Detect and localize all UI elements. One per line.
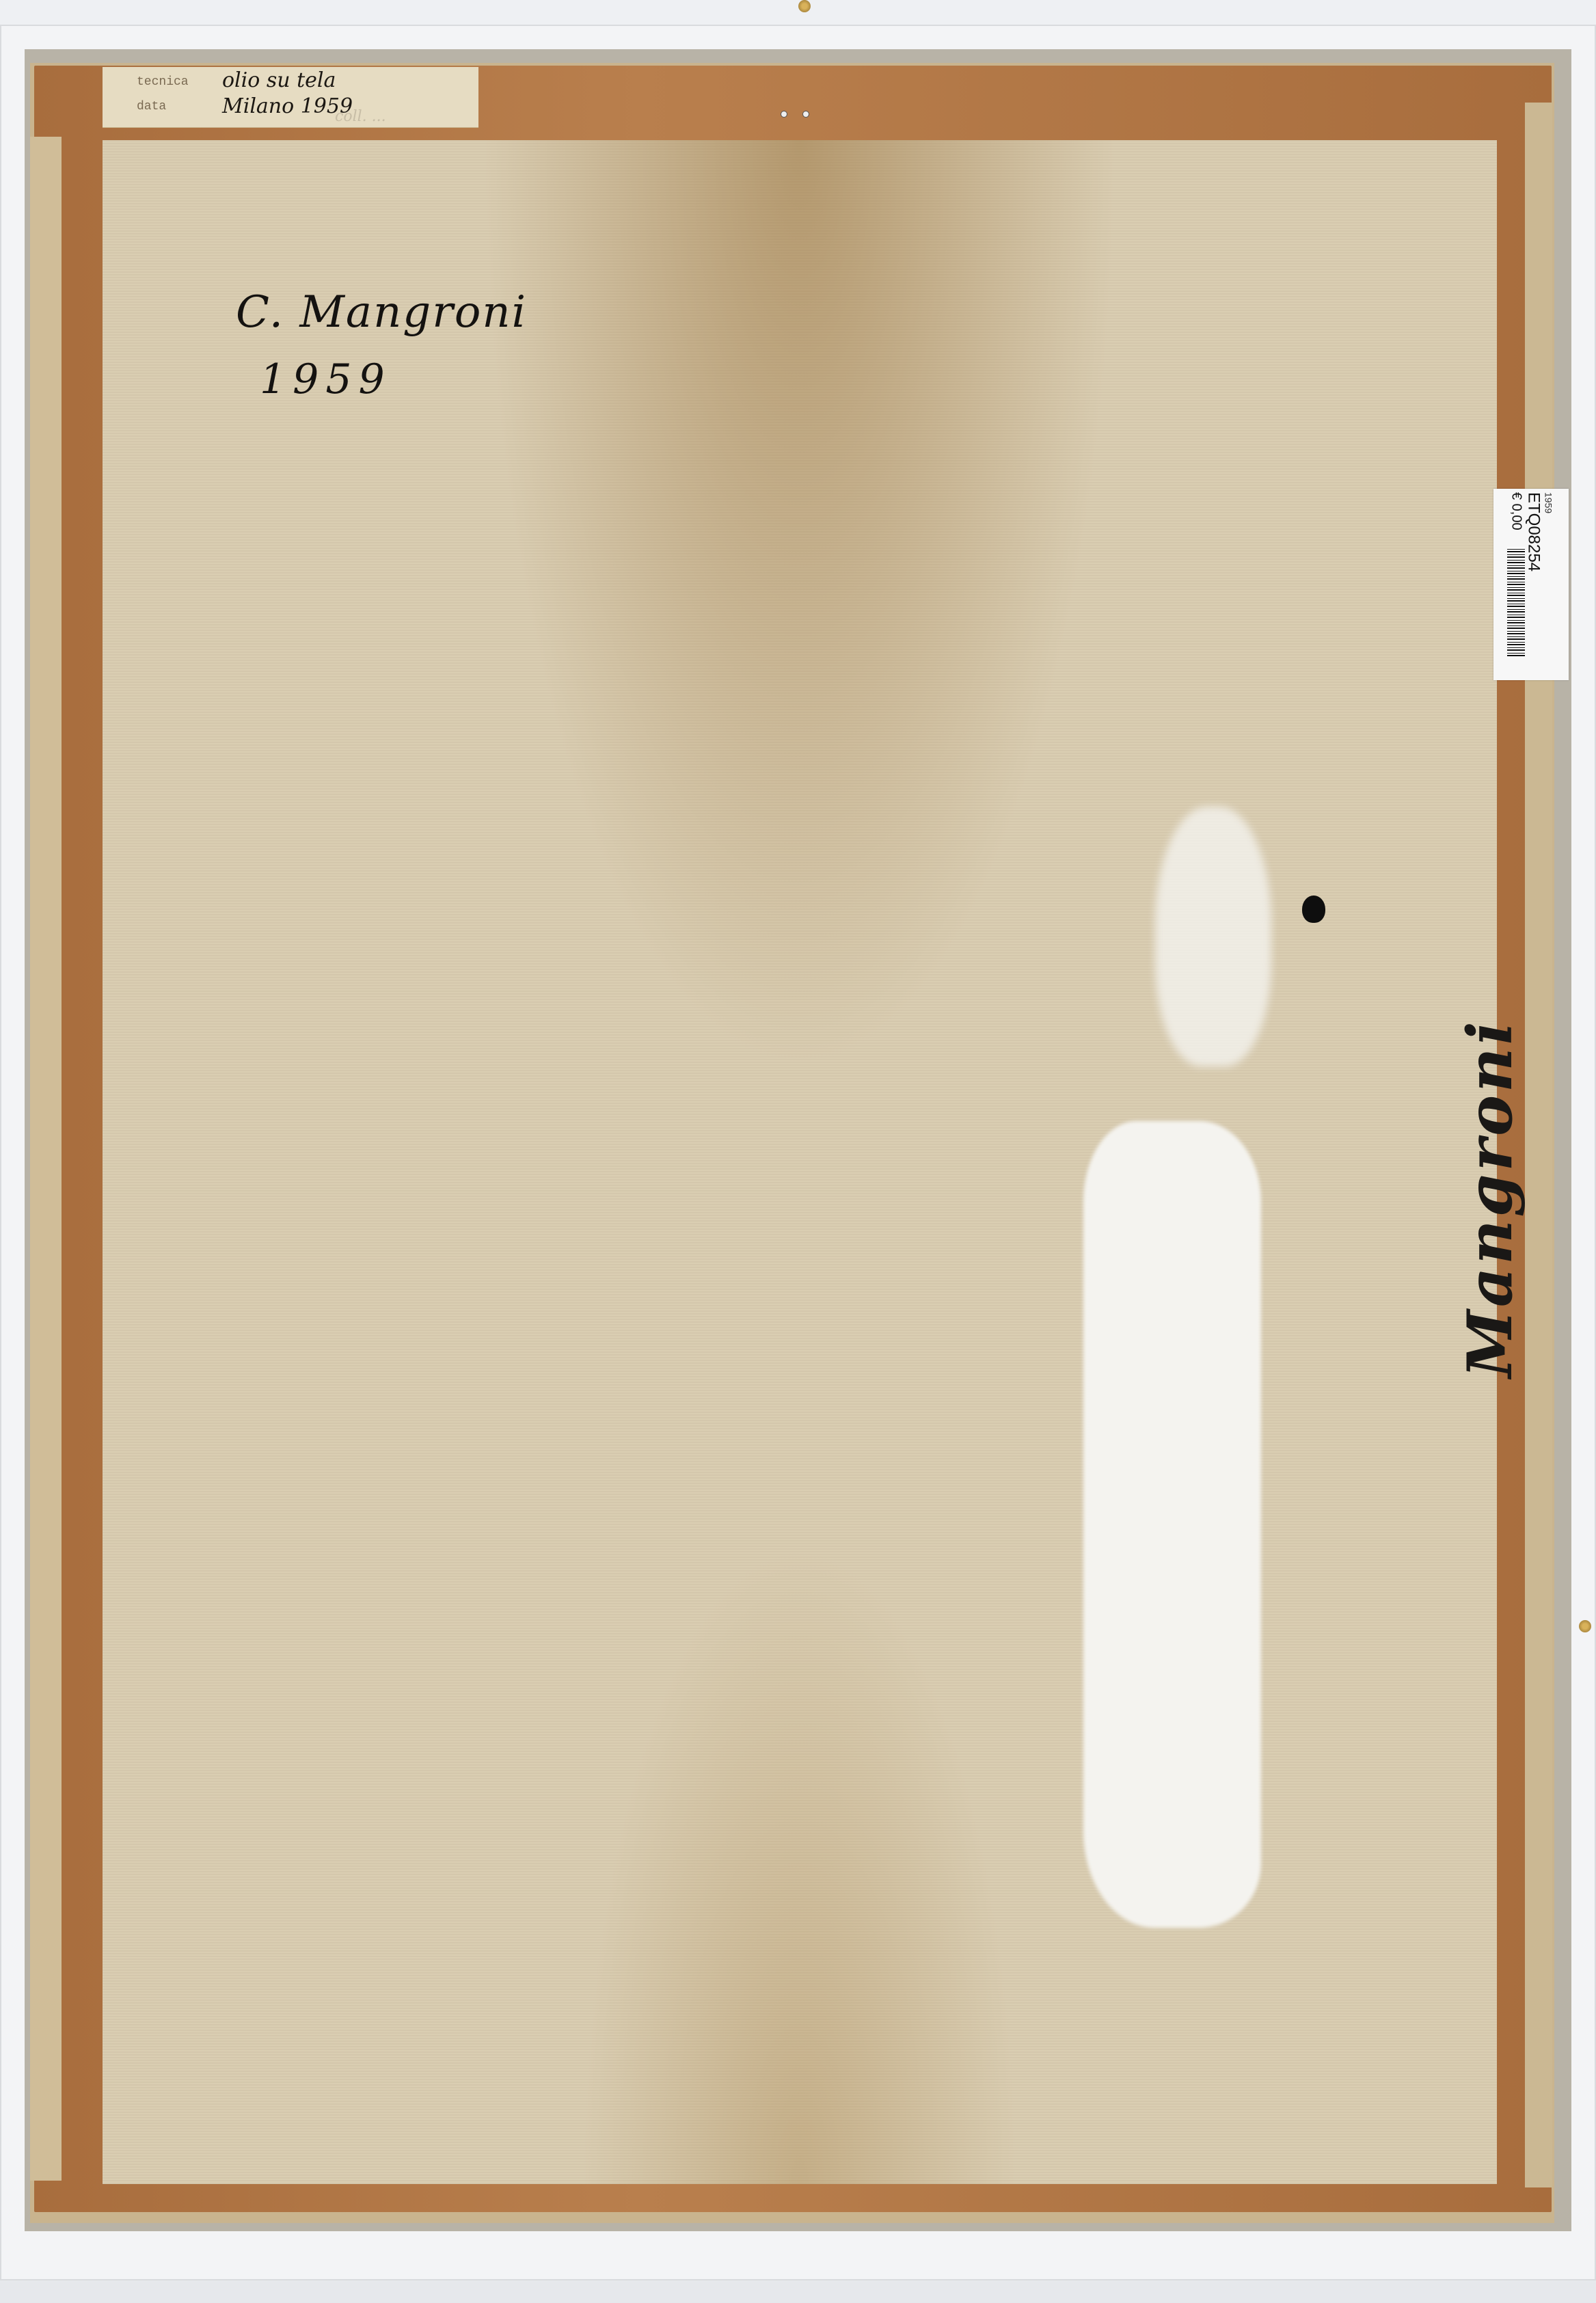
white-paint-smear-upper xyxy=(1155,807,1271,1066)
provenance-label: tecnica olio su tela data Milano 1959 co… xyxy=(103,67,478,128)
nail-icon xyxy=(802,111,809,118)
nail-icon xyxy=(781,111,787,118)
vertical-signature: Mangroni xyxy=(1454,952,1526,1444)
ink-dot xyxy=(1302,895,1325,923)
sticker-year: 1959 xyxy=(1543,492,1554,677)
white-paint-smear xyxy=(1083,1121,1261,1928)
label-value-technique: olio su tela xyxy=(222,68,336,92)
canvas-edge-left xyxy=(30,137,62,2181)
inventory-sticker: 1959 ETQ08254 € 0,00 xyxy=(1493,489,1569,680)
canvas-edge-right xyxy=(1525,103,1552,2187)
screw-icon xyxy=(798,0,811,12)
label-value-date: Milano 1959 xyxy=(222,94,353,118)
screw-icon xyxy=(1579,1620,1591,1632)
canvas-verso xyxy=(103,140,1497,2184)
sticker-code: ETQ08254 xyxy=(1524,492,1543,677)
label-key-date: data xyxy=(137,100,166,113)
label-key-technique: tecnica xyxy=(137,75,189,89)
label-faint-note: coll. ... xyxy=(335,108,386,125)
artist-signature: C. Mangroni xyxy=(236,287,527,338)
signature-year: 1959 xyxy=(260,355,392,403)
sticker-price: € 0,00 xyxy=(1509,492,1524,677)
